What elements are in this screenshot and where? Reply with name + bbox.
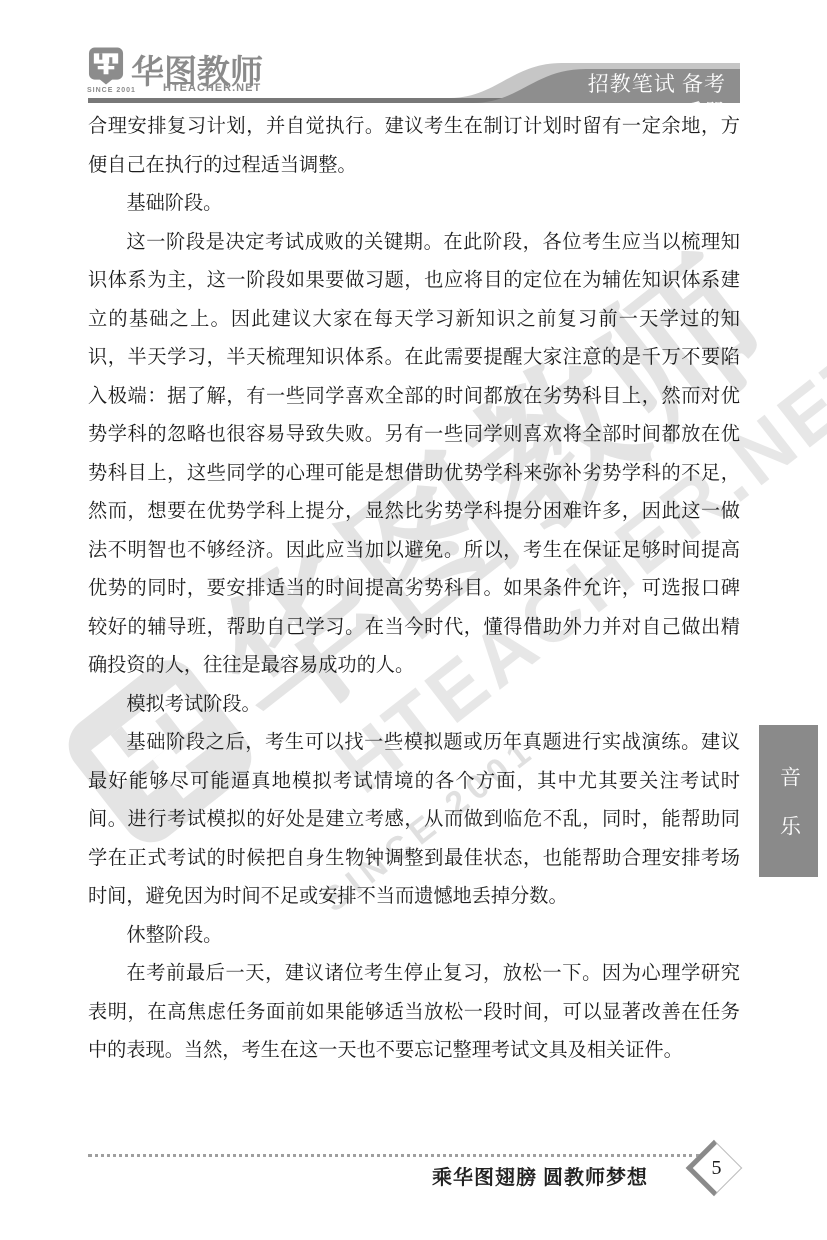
paragraph: 合理安排复习计划，并自觉执行。建议考生在制订计划时留有一定余地，方便自己在执行的…: [88, 108, 740, 185]
page-number-badge: 5: [686, 1140, 743, 1197]
footer-dotted-divider: [88, 1154, 700, 1157]
chapter-tab-label: 音乐: [774, 766, 804, 864]
paragraph-heading-mock-exam-stage: 模拟考试阶段。: [88, 686, 740, 725]
paragraph: 这一阶段是决定考试成败的关键期。在此阶段，各位考生应当以梳理知识体系为主，这一阶…: [88, 224, 740, 686]
paragraph-heading-rest-stage: 休整阶段。: [88, 917, 740, 956]
header-banner-label: 招教笔试 备考 手册: [560, 70, 726, 98]
footer-slogan: 乘华图翅膀 圆教师梦想: [88, 1161, 648, 1190]
page-header: SINCE 2001 华图教师 HTEACHER.NET 招教笔试 备考 手册: [0, 0, 827, 110]
document-page: 华图教师 HTEACHER.NET SINCE 2001 SINCE 2001 …: [0, 0, 827, 1240]
document-body: 合理安排复习计划，并自觉执行。建议考生在制订计划时留有一定余地，方便自己在执行的…: [88, 108, 740, 1071]
page-number: 5: [712, 1157, 722, 1180]
paragraph: 基础阶段之后，考生可以找一些模拟题或历年真题进行实战演练。建议最好能够尽可能逼真…: [88, 724, 740, 917]
paragraph-heading-basic-stage: 基础阶段。: [88, 185, 740, 224]
paragraph: 在考前最后一天，建议诸位考生停止复习，放松一下。因为心理学研究表明，在高焦虑任务…: [88, 955, 740, 1071]
chapter-tab-music: 音乐: [759, 725, 818, 877]
